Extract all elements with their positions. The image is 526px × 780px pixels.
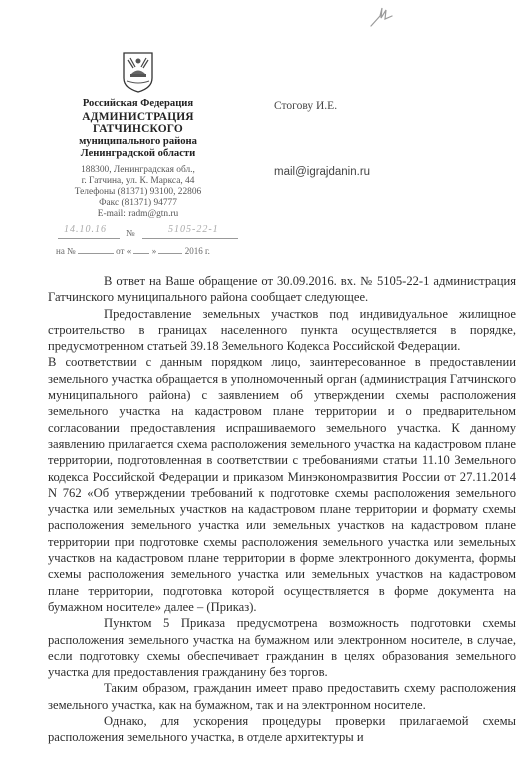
- letterhead-region: Ленинградской области: [48, 148, 228, 161]
- ref-day-blank: [133, 245, 149, 254]
- paragraph-point5: Пунктом 5 Приказа предусмотрена возможно…: [48, 615, 516, 680]
- paragraph-intro: В ответ на Ваше обращение от 30.09.2016.…: [48, 273, 516, 306]
- paragraph-provision: Предоставление земельных участков под ин…: [48, 306, 516, 355]
- registration-line: 14.10.16 № 5105-22-1: [58, 226, 238, 240]
- number-underline: [142, 238, 238, 239]
- letterhead-email: E-mail: radm@gtn.ru: [48, 209, 228, 220]
- ref-from: от «: [116, 246, 131, 256]
- address-line-2: г. Гатчина, ул. К. Маркса, 44: [48, 176, 228, 187]
- recipient-email: mail@igrajdanin.ru: [274, 166, 370, 178]
- letter-body: В ответ на Ваше обращение от 30.09.2016.…: [48, 273, 516, 746]
- paragraph-conclusion: Таким образом, гражданин имеет право пре…: [48, 680, 516, 713]
- address-line-1: 188300, Ленинградская обл.,: [48, 165, 228, 176]
- reference-line: на № от « » 2016 г.: [56, 245, 210, 256]
- letterhead-org-name: ГАТЧИНСКОГО: [48, 123, 228, 136]
- ref-number-blank: [78, 245, 114, 254]
- letterhead: Российская Федерация АДМИНИСТРАЦИЯ ГАТЧИ…: [48, 50, 228, 220]
- signature-icon: [368, 4, 396, 30]
- coat-of-arms-icon: [121, 50, 155, 94]
- paragraph-however: Однако, для ускорения процедуры проверки…: [48, 713, 516, 746]
- date-underline: [58, 238, 120, 239]
- letterhead-country: Российская Федерация: [48, 98, 228, 111]
- ref-month-blank: [158, 245, 182, 254]
- recipient-name: Стогову И.Е.: [274, 100, 337, 112]
- letterhead-district: муниципального района: [48, 136, 228, 149]
- paragraph-procedure: В соответствии с данным порядком лицо, з…: [48, 354, 516, 615]
- letterhead-org: АДМИНИСТРАЦИЯ: [48, 111, 228, 124]
- registration-number: 5105-22-1: [168, 224, 219, 235]
- number-label: №: [126, 228, 135, 238]
- registration-date: 14.10.16: [64, 224, 107, 235]
- ref-close-quote: »: [152, 246, 157, 256]
- phones: Телефоны (81371) 93100, 22806: [48, 187, 228, 198]
- ref-year: 2016 г.: [185, 246, 210, 256]
- letterhead-contacts: 188300, Ленинградская обл., г. Гатчина, …: [48, 165, 228, 220]
- ref-prefix: на №: [56, 246, 76, 256]
- fax: Факс (81371) 94777: [48, 198, 228, 209]
